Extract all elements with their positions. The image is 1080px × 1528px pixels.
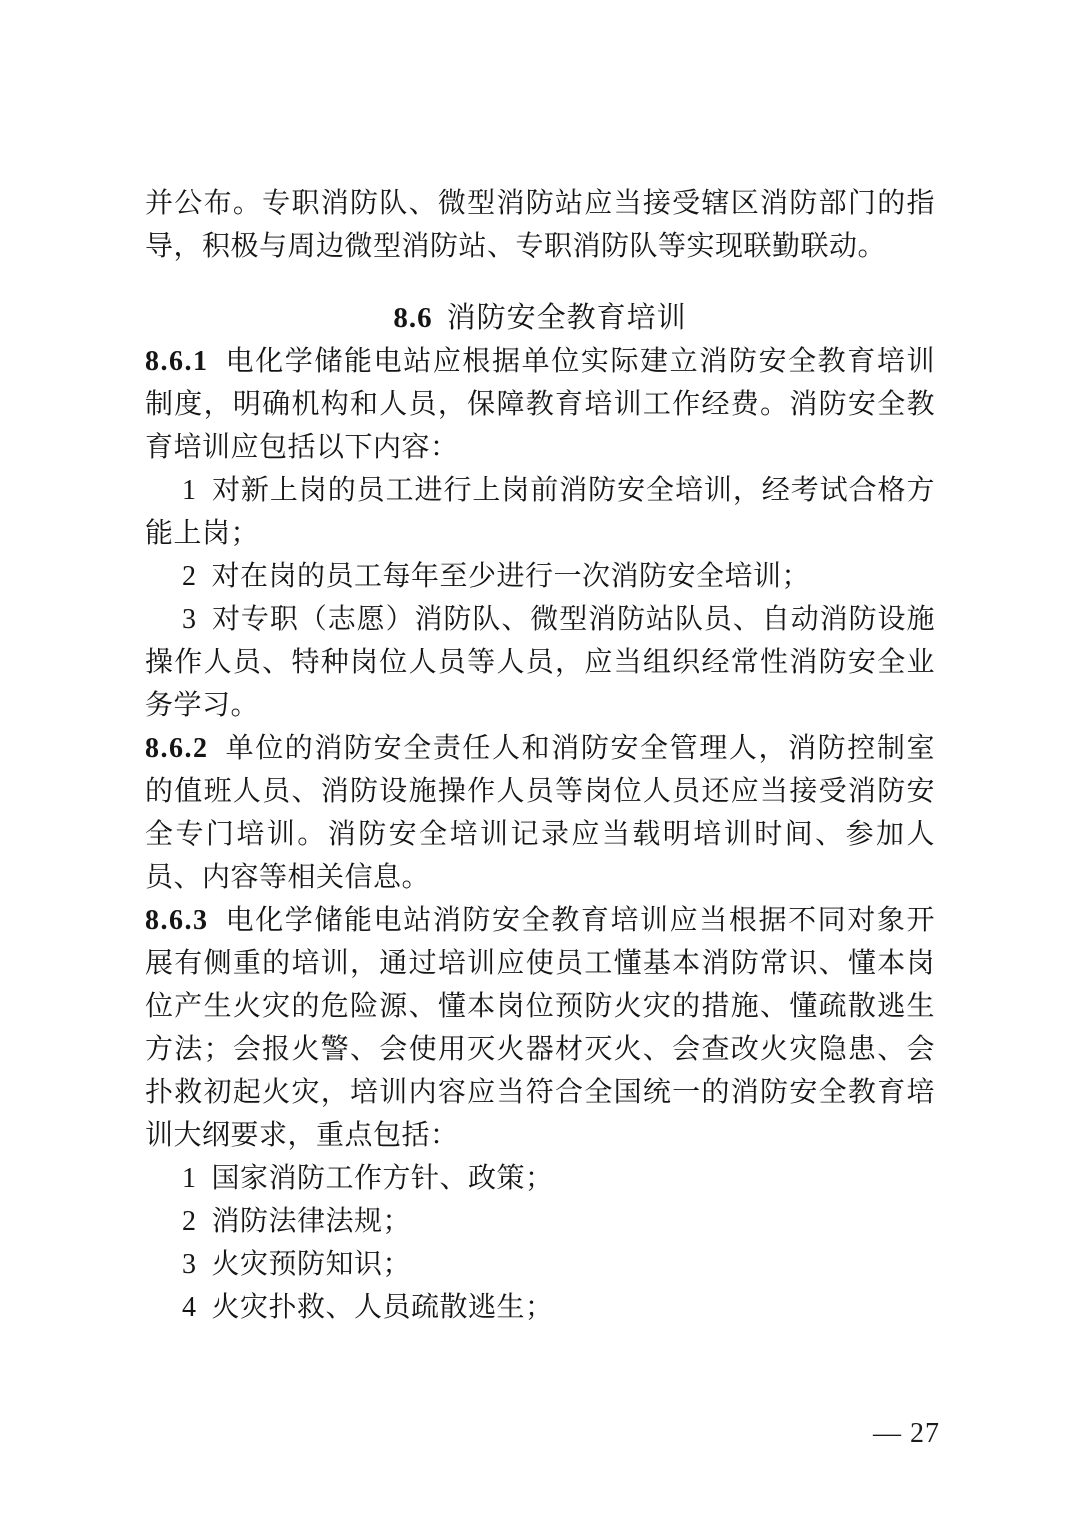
list-item-8-6-1-2: 2对在岗的员工每年至少进行一次消防安全培训； <box>145 555 935 598</box>
clause-number: 8.6.2 <box>145 733 209 764</box>
list-item-number: 2 <box>182 561 197 592</box>
clause-number: 8.6.3 <box>145 905 209 936</box>
list-item-8-6-3-4: 4火灾扑救、人员疏散逃生； <box>145 1286 935 1329</box>
list-item-8-6-3-3: 3火灾预防知识； <box>145 1243 935 1286</box>
section-number: 8.6 <box>393 302 432 334</box>
clause-8-6-3: 8.6.3电化学储能电站消防安全教育培训应当根据不同对象开展有侧重的培训，通过培… <box>145 899 935 1157</box>
list-item-8-6-1-1: 1对新上岗的员工进行上岗前消防安全培训，经考试合格方能上岗； <box>145 469 935 555</box>
clause-text: 单位的消防安全责任人和消防安全管理人，消防控制室的值班人员、消防设施操作人员等岗… <box>145 733 935 893</box>
list-item-number: 1 <box>182 1163 197 1194</box>
clause-number: 8.6.1 <box>145 346 209 377</box>
list-item-8-6-3-1: 1国家消防工作方针、政策； <box>145 1157 935 1200</box>
section-title: 消防安全教育培训 <box>447 302 687 334</box>
page-content: 并公布。专职消防队、微型消防站应当接受辖区消防部门的指导，积极与周边微型消防站、… <box>145 182 935 1329</box>
clause-8-6-1: 8.6.1电化学储能电站应根据单位实际建立消防安全教育培训制度，明确机构和人员，… <box>145 340 935 469</box>
list-item-8-6-1-3: 3对专职（志愿）消防队、微型消防站队员、自动消防设施操作人员、特种岗位人员等人员… <box>145 598 935 727</box>
list-item-number: 4 <box>182 1292 197 1323</box>
list-item-text: 火灾扑救、人员疏散逃生； <box>212 1292 554 1323</box>
document-page: 并公布。专职消防队、微型消防站应当接受辖区消防部门的指导，积极与周边微型消防站、… <box>0 0 1080 1528</box>
clause-text: 电化学储能电站消防安全教育培训应当根据不同对象开展有侧重的培训，通过培训应使员工… <box>145 905 935 1151</box>
list-item-number: 3 <box>182 604 197 635</box>
list-item-text: 对在岗的员工每年至少进行一次消防安全培训； <box>212 561 811 592</box>
list-item-text: 火灾预防知识； <box>212 1249 412 1280</box>
list-item-text: 消防法律法规； <box>212 1206 412 1237</box>
list-item-text: 国家消防工作方针、政策； <box>212 1163 554 1194</box>
list-item-number: 2 <box>182 1206 197 1237</box>
list-item-8-6-3-2: 2消防法律法规； <box>145 1200 935 1243</box>
section-heading: 8.6消防安全教育培训 <box>145 296 935 340</box>
list-item-text: 对新上岗的员工进行上岗前消防安全培训，经考试合格方能上岗； <box>145 475 935 549</box>
page-number: — 27 <box>873 1416 940 1452</box>
clause-text: 电化学储能电站应根据单位实际建立消防安全教育培训制度，明确机构和人员，保障教育培… <box>145 346 935 463</box>
intro-paragraph: 并公布。专职消防队、微型消防站应当接受辖区消防部门的指导，积极与周边微型消防站、… <box>145 182 935 268</box>
list-item-text: 对专职（志愿）消防队、微型消防站队员、自动消防设施操作人员、特种岗位人员等人员，… <box>145 604 935 721</box>
list-item-number: 3 <box>182 1249 197 1280</box>
list-item-number: 1 <box>182 475 197 506</box>
clause-8-6-2: 8.6.2单位的消防安全责任人和消防安全管理人，消防控制室的值班人员、消防设施操… <box>145 727 935 899</box>
